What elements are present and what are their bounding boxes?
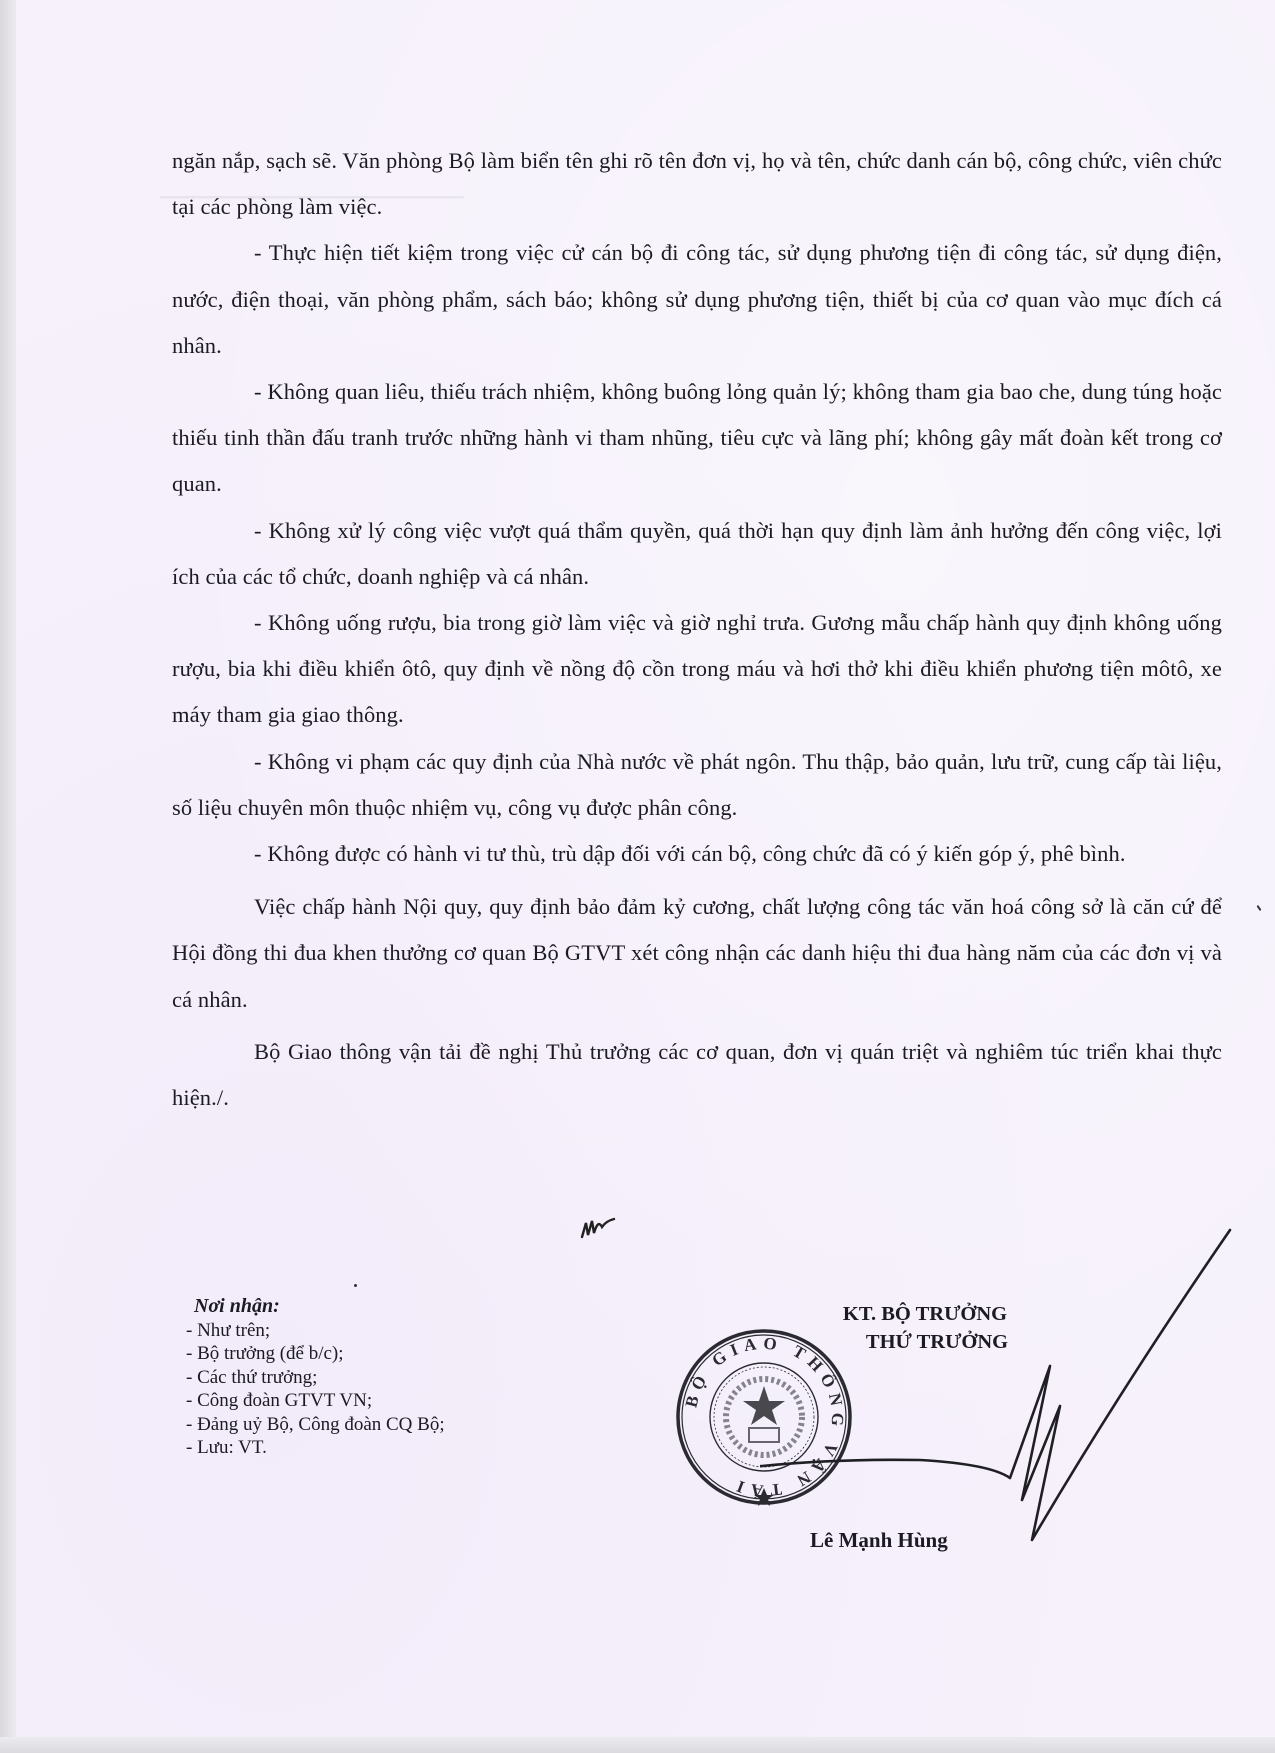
recipients-block: Nơi nhận: - Như trên; - Bộ trưởng (để b/… bbox=[186, 1295, 445, 1460]
paragraph: - Không quan liêu, thiếu trách nhiệm, kh… bbox=[172, 369, 1222, 508]
paragraph: Bộ Giao thông vận tải đề nghị Thủ trưởng… bbox=[172, 1029, 1222, 1121]
recipient-item: - Như trên; bbox=[186, 1319, 445, 1343]
paragraph: - Không vi phạm các quy định của Nhà nướ… bbox=[172, 739, 1222, 831]
recipient-item: - Công đoàn GTVT VN; bbox=[186, 1389, 445, 1413]
recipient-item: - Đảng uỷ Bộ, Công đoàn CQ Bộ; bbox=[186, 1413, 445, 1437]
paragraph: Việc chấp hành Nội quy, quy định bảo đảm… bbox=[172, 884, 1222, 1023]
paragraph: - Không được có hành vi tư thù, trù dập … bbox=[172, 831, 1222, 877]
recipient-item: - Các thứ trưởng; bbox=[186, 1366, 445, 1390]
paragraph: - Không xử lý công việc vượt quá thẩm qu… bbox=[172, 508, 1222, 600]
recipients-title: Nơi nhận: bbox=[194, 1295, 445, 1319]
recipient-item: - Lưu: VT. bbox=[186, 1436, 445, 1460]
paragraph: ngăn nắp, sạch sẽ. Văn phòng Bộ làm biển… bbox=[172, 138, 1222, 230]
recipient-item: - Bộ trưởng (để b/c); bbox=[186, 1342, 445, 1366]
scan-edge bbox=[0, 0, 16, 1753]
initials-mark-icon bbox=[578, 1213, 618, 1241]
document-body: ngăn nắp, sạch sẽ. Văn phòng Bộ làm biển… bbox=[172, 138, 1222, 1121]
paragraph: - Thực hiện tiết kiệm trong việc cử cán … bbox=[172, 230, 1222, 369]
scan-edge-bottom bbox=[0, 1737, 1275, 1753]
paragraph: - Không uống rượu, bia trong giờ làm việ… bbox=[172, 600, 1222, 739]
ink-dot bbox=[354, 1284, 357, 1287]
signer-name: Lê Mạnh Hùng bbox=[810, 1528, 948, 1553]
